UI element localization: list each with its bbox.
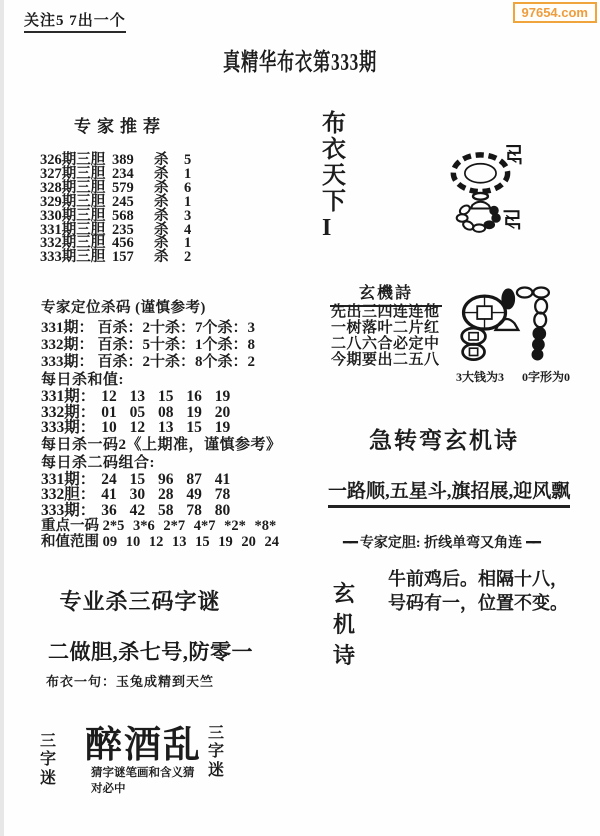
list-item: 333期：36 42 58 78 80 [41, 503, 296, 519]
poem-line: 二八六合必定中 [331, 336, 440, 352]
caption-part: 0字形为0 [522, 370, 570, 384]
section-title: 专家定位杀码 (谨慎参考) [41, 296, 296, 317]
site-badge[interactable]: 97654.com [513, 2, 598, 23]
lottery-tip-sheet: 关注5 7出一个 97654.com 真精华布衣第333期 专家推荐 326期三… [0, 0, 600, 836]
riddle-title: 专业杀三码字谜 [40, 585, 240, 616]
position-kill-section: 专家定位杀码 (谨慎参考) 331期：百杀：2十杀：7个杀：3 332期：百杀：… [41, 296, 296, 550]
sum-range-label: 和值范围 [41, 534, 99, 550]
issue-label: 333期： [41, 354, 94, 370]
xuanji-poem-title: 玄機詩 [330, 280, 442, 307]
issue-label: 331期： [41, 388, 95, 405]
number-list: 41 30 28 49 78 [101, 486, 230, 503]
list-item: 333期：10 12 13 15 19 [41, 420, 296, 436]
section-title: 每日杀二码组合: [41, 454, 296, 472]
issue-label: 332期： [41, 337, 94, 353]
dan-cell: 157 [112, 251, 154, 265]
sum-range-values: 09 10 12 13 15 19 20 24 [103, 534, 279, 550]
poem-line: 先出三四连连他 [331, 304, 440, 320]
page-title: 真精华布衣第333期 [84, 42, 516, 77]
issue-label: 332期： [41, 404, 95, 421]
list-item: 331期：24 15 96 87 41 [41, 472, 296, 488]
turn-poem-title: 急转弯玄机诗 [330, 422, 558, 455]
issue-label: 331期： [41, 471, 95, 488]
beads-doodle-icon [435, 142, 530, 237]
caption-line: 对必中 [91, 781, 195, 797]
list-item: 333期：百杀：2十杀：8个杀：2 [41, 354, 296, 371]
three-char-label-right: 三字迷 [208, 725, 226, 780]
list-item: 331期：百杀：2十杀：7个杀：3 [41, 320, 296, 337]
top-note: 关注5 7出一个 [24, 9, 126, 33]
kill-text: 百杀：2十杀：7个杀：3 [98, 320, 256, 336]
table-row: 333期三胆157杀2 [40, 251, 200, 265]
kill-text: 百杀：5十杀：1个杀：8 [98, 337, 256, 353]
list-item: 332期：01 05 08 19 20 [41, 405, 296, 421]
expert-dan-header: ━━专家定胆: 折线单弯又角连━━ [316, 532, 566, 552]
kill-num: 2 [184, 251, 191, 265]
number-list: 10 12 13 15 19 [101, 419, 230, 436]
section-title: 每日杀和值: [41, 371, 296, 389]
key-one-label: 重点一码 [41, 518, 99, 534]
key-one-row: 重点一码 2*5 3*6 2*7 4*7 *2* *8* [41, 518, 296, 534]
coins-doodle-icon [448, 284, 553, 364]
list-item: 332期：百杀：5十杀：1个杀：8 [41, 337, 296, 354]
number-list: 24 15 96 87 41 [101, 471, 230, 488]
issue-label: 333期： [41, 419, 95, 436]
key-one-values: 2*5 3*6 2*7 4*7 *2* *8* [103, 518, 277, 534]
sum-range-row: 和值范围 09 10 12 13 15 19 20 24 [41, 534, 296, 550]
buyi-tianxia-vertical-title: 布衣天下I [322, 111, 350, 241]
kill-label: 杀 [154, 251, 184, 265]
doodle-caption: 3大钱为30字形为0 [456, 368, 570, 385]
xuanji-poem: 先出三四连连他 一树落叶二片红 二八六合必定中 今期要出二五八 [331, 304, 440, 368]
issue-label: 333期： [41, 502, 95, 519]
number-list: 12 13 15 16 19 [101, 388, 230, 405]
caption-part: 3大钱为3 [456, 370, 504, 384]
issue-label: 332胆： [41, 486, 95, 503]
riddle-line: 二做胆,杀七号,防零一 [48, 636, 253, 666]
section-title: 专家推荐 [40, 112, 200, 137]
buyi-sentence: 布衣一句：玉兔成精到天竺 [46, 671, 214, 690]
xuanji-shi-text: 牛前鸡后。相隔十八， 号码有一，位置不变。 [388, 568, 568, 615]
list-item: 332胆：41 30 28 49 78 [41, 487, 296, 503]
three-char-caption: 猜字谜笔画和含义猜 对必中 [91, 765, 195, 797]
daily-one-kill-note: 每日杀一码2《上期准，谨慎参考》 [41, 436, 296, 454]
caption-line: 猜字谜笔画和含义猜 [91, 765, 195, 781]
poem-line: 一树落叶二片红 [331, 320, 440, 336]
list-item: 331期：12 13 15 16 19 [41, 389, 296, 405]
issue-label: 331期： [41, 320, 94, 336]
three-char-label-left: 三字迷 [40, 733, 58, 788]
turn-poem-line: 一路顺,五星斗,旗招展,迎风飘 [328, 476, 570, 508]
number-list: 01 05 08 19 20 [101, 404, 230, 421]
number-list: 36 42 58 78 80 [101, 502, 230, 519]
scan-edge [0, 0, 4, 836]
poem-line: 号码有一，位置不变。 [388, 592, 568, 616]
xuanji-shi-vertical-label: 玄机诗 [333, 578, 358, 671]
issue-cell: 333期三胆 [40, 251, 112, 265]
divider-dash: ━━ [343, 536, 356, 551]
expert-dan-text: 专家定胆: 折线单弯又角连 [360, 536, 522, 551]
poem-line: 牛前鸡后。相隔十八， [388, 568, 568, 592]
poem-line: 今期要出二五八 [331, 352, 440, 368]
divider-dash: ━━ [526, 536, 539, 551]
three-char-word: 醉酒乱 [85, 714, 202, 768]
expert-recommend-section: 专家推荐 326期三胆389杀5 327期三胆234杀1 328期三胆579杀6… [40, 112, 200, 265]
kill-text: 百杀：2十杀：8个杀：2 [98, 354, 256, 370]
